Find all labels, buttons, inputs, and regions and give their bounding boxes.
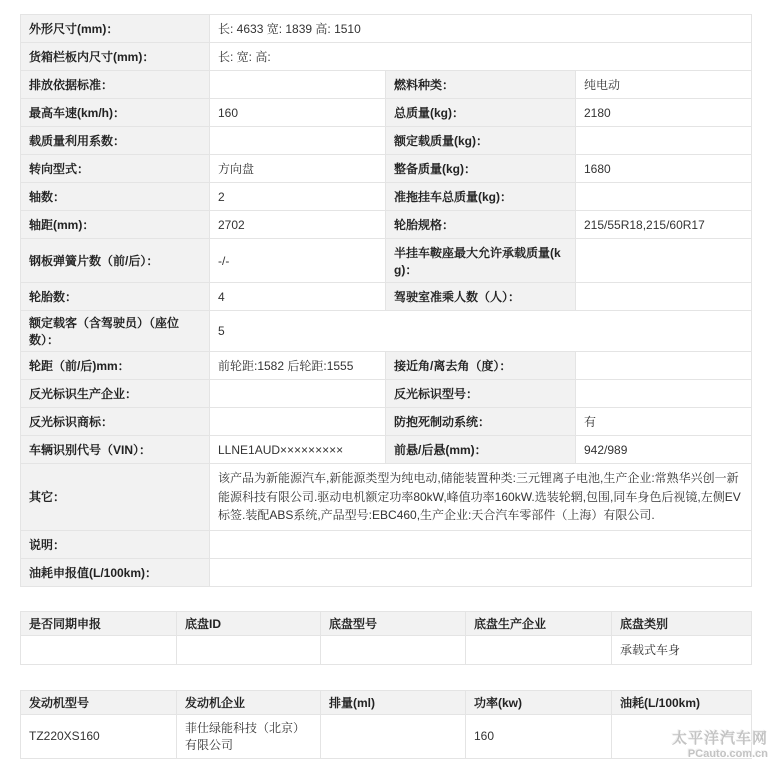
spec-value xyxy=(210,71,386,99)
chassis-cell xyxy=(321,635,466,664)
spec-value xyxy=(210,530,752,558)
spec-value: LLNE1AUD××××××××× xyxy=(210,436,386,464)
spec-label: 最高车速(km/h)： xyxy=(21,99,210,127)
pcauto-watermark: 太平洋汽车网 PCauto.com.cn xyxy=(672,731,768,760)
spec-value: 5 xyxy=(210,311,752,352)
chassis-cell xyxy=(177,635,321,664)
spec-value: 方向盘 xyxy=(210,155,386,183)
spec-value xyxy=(210,408,386,436)
spec-value xyxy=(210,127,386,155)
spec-label: 接近角/离去角（度）： xyxy=(386,352,576,380)
spec-label: 货箱栏板内尺寸(mm)： xyxy=(21,43,210,71)
engine-cell-model: TZ220XS160 xyxy=(21,714,177,758)
spec-label: 反光标识型号： xyxy=(386,380,576,408)
spec-row-wheelbase-tires: 轴距(mm)： 2702 轮胎规格： 215/55R18,215/60R17 xyxy=(21,211,752,239)
spec-label: 钢板弹簧片数（前/后）： xyxy=(21,239,210,283)
spec-value: 4 xyxy=(210,283,386,311)
engine-cell-manufacturer: 菲仕绿能科技（北京）有限公司 xyxy=(177,714,321,758)
engine-cell-displacement xyxy=(321,714,466,758)
spec-value: 长: 宽: 高: xyxy=(210,43,752,71)
spec-label: 转向型式： xyxy=(21,155,210,183)
spec-label: 额定载质量(kg)： xyxy=(386,127,576,155)
spec-row-other: 其它： 该产品为新能源汽车,新能源类型为纯电动,储能装置种类:三元锂离子电池,生… xyxy=(21,464,752,531)
spec-row-springs-saddle: 钢板弹簧片数（前/后）： -/- 半挂车鞍座最大允许承载质量(kg)： xyxy=(21,239,752,283)
spec-row-reflective-brand-abs: 反光标识商标： 防抱死制动系统： 有 xyxy=(21,408,752,436)
spec-label: 反光标识生产企业： xyxy=(21,380,210,408)
engine-cell-power: 160 xyxy=(466,714,612,758)
chassis-cell xyxy=(466,635,612,664)
spec-label: 排放依据标准： xyxy=(21,71,210,99)
spec-row-notes: 说明： xyxy=(21,530,752,558)
spec-value xyxy=(576,283,752,311)
spec-row-load-factor: 载质量利用系数： 额定载质量(kg)： xyxy=(21,127,752,155)
spec-value: 160 xyxy=(210,99,386,127)
spec-label: 轴距(mm)： xyxy=(21,211,210,239)
spec-label: 载质量利用系数： xyxy=(21,127,210,155)
watermark-site-name: 太平洋汽车网 xyxy=(672,731,768,748)
chassis-header: 底盘生产企业 xyxy=(466,611,612,635)
spec-value: 1680 xyxy=(576,155,752,183)
spec-row-reflective-maker-model: 反光标识生产企业： 反光标识型号： xyxy=(21,380,752,408)
spec-row-dimensions: 外形尺寸(mm)： 长: 4633 宽: 1839 高: 1510 xyxy=(21,15,752,43)
chassis-cell: 承载式车身 xyxy=(612,635,752,664)
spec-label: 轴数： xyxy=(21,183,210,211)
engine-header: 排量(ml) xyxy=(321,690,466,714)
spec-label: 整备质量(kg)： xyxy=(386,155,576,183)
spec-value: 前轮距:1582 后轮距:1555 xyxy=(210,352,386,380)
spec-value: 有 xyxy=(576,408,752,436)
spec-label: 前悬/后悬(mm)： xyxy=(386,436,576,464)
spec-label: 总质量(kg)： xyxy=(386,99,576,127)
engine-header-row: 发动机型号 发动机企业 排量(ml) 功率(kw) 油耗(L/100km) xyxy=(21,690,752,714)
spec-label: 准拖挂车总质量(kg)： xyxy=(386,183,576,211)
spec-value xyxy=(576,239,752,283)
spec-label: 半挂车鞍座最大允许承载质量(kg)： xyxy=(386,239,576,283)
engine-header: 功率(kw) xyxy=(466,690,612,714)
engine-header: 发动机型号 xyxy=(21,690,177,714)
spec-value xyxy=(576,352,752,380)
chassis-table: 是否同期申报 底盘ID 底盘型号 底盘生产企业 底盘类别 承载式车身 xyxy=(20,611,752,665)
spec-value xyxy=(210,380,386,408)
spec-label: 其它： xyxy=(21,464,210,531)
spec-label: 轮距（前/后)mm： xyxy=(21,352,210,380)
spec-value: 长: 4633 宽: 1839 高: 1510 xyxy=(210,15,752,43)
spec-label: 反光标识商标： xyxy=(21,408,210,436)
spec-value: 纯电动 xyxy=(576,71,752,99)
spec-value xyxy=(576,183,752,211)
chassis-header: 底盘型号 xyxy=(321,611,466,635)
page-content: 外形尺寸(mm)： 长: 4633 宽: 1839 高: 1510 货箱栏板内尺… xyxy=(0,0,770,759)
spec-row-emission-fuel: 排放依据标准： 燃料种类： 纯电动 xyxy=(21,71,752,99)
spec-label: 轮胎规格： xyxy=(386,211,576,239)
spec-table: 外形尺寸(mm)： 长: 4633 宽: 1839 高: 1510 货箱栏板内尺… xyxy=(20,14,752,587)
chassis-cell xyxy=(21,635,177,664)
spec-value xyxy=(576,380,752,408)
spec-row-axles-trailer-mass: 轴数： 2 准拖挂车总质量(kg)： xyxy=(21,183,752,211)
spec-label: 外形尺寸(mm)： xyxy=(21,15,210,43)
spec-label: 驾驶室准乘人数（人）： xyxy=(386,283,576,311)
engine-data-row: TZ220XS160 菲仕绿能科技（北京）有限公司 160 xyxy=(21,714,752,758)
engine-header: 发动机企业 xyxy=(177,690,321,714)
spec-row-vin-overhang: 车辆识别代号（VIN）： LLNE1AUD××××××××× 前悬/后悬(mm)… xyxy=(21,436,752,464)
spec-value xyxy=(210,558,752,586)
engine-table: 发动机型号 发动机企业 排量(ml) 功率(kw) 油耗(L/100km) TZ… xyxy=(20,690,752,759)
spec-row-track-angles: 轮距（前/后)mm： 前轮距:1582 后轮距:1555 接近角/离去角（度）： xyxy=(21,352,752,380)
spec-value: 2180 xyxy=(576,99,752,127)
chassis-data-row: 承载式车身 xyxy=(21,635,752,664)
spec-row-cargo-dimensions: 货箱栏板内尺寸(mm)： 长: 宽: 高: xyxy=(21,43,752,71)
chassis-header: 底盘类别 xyxy=(612,611,752,635)
spec-label: 额定载客（含驾驶员）（座位数）： xyxy=(21,311,210,352)
spec-label: 油耗申报值(L/100km)： xyxy=(21,558,210,586)
spec-label: 说明： xyxy=(21,530,210,558)
watermark-site-url: PCauto.com.cn xyxy=(672,748,768,760)
spec-label: 轮胎数： xyxy=(21,283,210,311)
spec-label: 车辆识别代号（VIN）： xyxy=(21,436,210,464)
chassis-header: 底盘ID xyxy=(177,611,321,635)
spec-row-fuel-declared: 油耗申报值(L/100km)： xyxy=(21,558,752,586)
spec-value xyxy=(576,127,752,155)
spec-label: 防抱死制动系统： xyxy=(386,408,576,436)
spec-row-seating-capacity: 额定载客（含驾驶员）（座位数）： 5 xyxy=(21,311,752,352)
spec-row-speed-mass: 最高车速(km/h)： 160 总质量(kg)： 2180 xyxy=(21,99,752,127)
spec-value-other-description: 该产品为新能源汽车,新能源类型为纯电动,储能装置种类:三元锂离子电池,生产企业:… xyxy=(210,464,752,531)
spec-row-steering-curb-weight: 转向型式： 方向盘 整备质量(kg)： 1680 xyxy=(21,155,752,183)
spec-row-tire-count-cab-capacity: 轮胎数： 4 驾驶室准乘人数（人）： xyxy=(21,283,752,311)
spec-value: 2 xyxy=(210,183,386,211)
spec-value: -/- xyxy=(210,239,386,283)
chassis-header: 是否同期申报 xyxy=(21,611,177,635)
chassis-header-row: 是否同期申报 底盘ID 底盘型号 底盘生产企业 底盘类别 xyxy=(21,611,752,635)
spec-value: 2702 xyxy=(210,211,386,239)
spec-value: 942/989 xyxy=(576,436,752,464)
spec-value: 215/55R18,215/60R17 xyxy=(576,211,752,239)
engine-header: 油耗(L/100km) xyxy=(612,690,752,714)
spec-label: 燃料种类： xyxy=(386,71,576,99)
